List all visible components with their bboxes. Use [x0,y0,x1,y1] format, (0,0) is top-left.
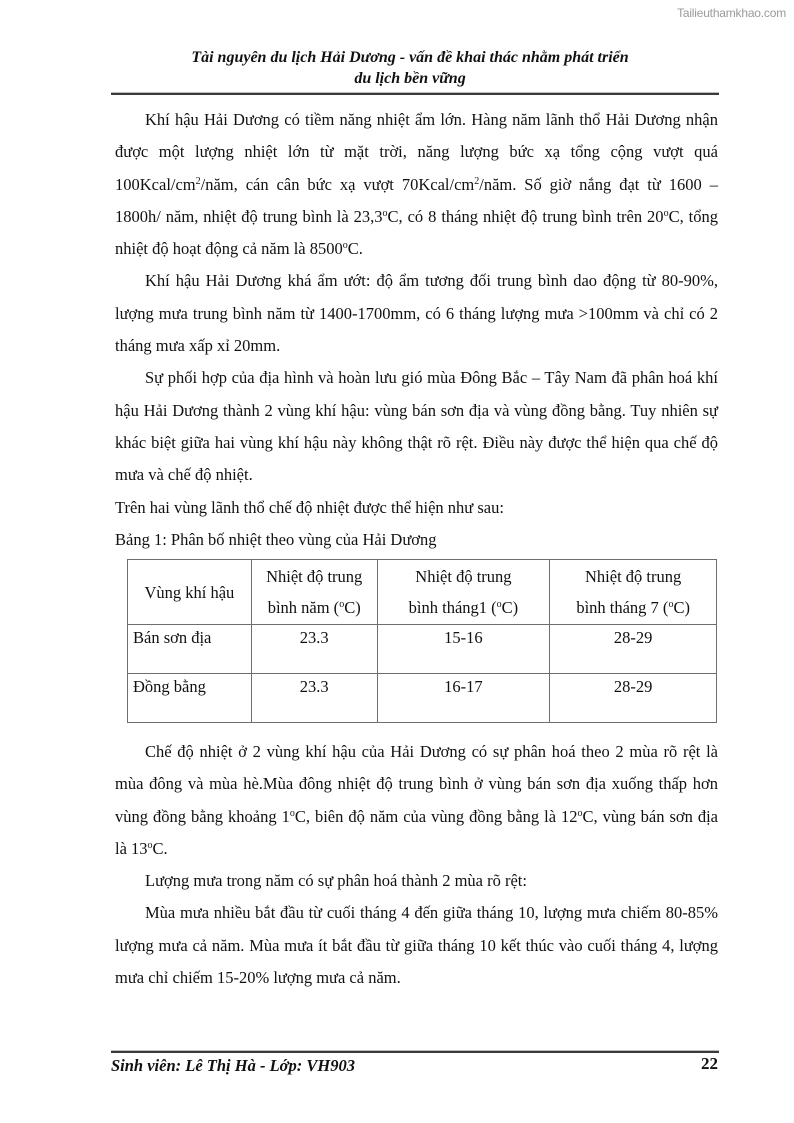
header-text: C) [673,598,690,617]
paragraph-rainfall-intro: Lượng mưa trong năm có sự phân hoá thành… [115,865,718,897]
text-run: C. [348,239,363,258]
body-section-top: Khí hậu Hải Dương có tiềm năng nhiệt ẩm … [115,104,718,556]
footer-author: Sinh viên: Lê Thị Hà - Lớp: VH903 [111,1056,355,1076]
header-text: bình năm ( [268,598,340,617]
header-title-line1: Tài nguyên du lịch Hải Dương - vấn đề kh… [110,47,710,68]
table-cell: 16-17 [377,674,550,723]
table-header-cell: Nhiệt độ trungbình năm (oC) [251,560,377,625]
text-run: /năm, cán cân bức xạ vượt 70Kcal/cm [201,175,475,194]
table-header-cell: Nhiệt độ trungbình tháng 7 (oC) [550,560,717,625]
paragraph-climate-zones: Sự phối hợp của địa hình và hoàn lưu gió… [115,362,718,491]
temperature-table: Vùng khí hậu Nhiệt độ trungbình năm (oC)… [127,559,717,723]
table-cell: 15-16 [377,625,550,674]
table-caption: Bảng 1: Phân bố nhiệt theo vùng của Hải … [115,524,718,556]
paragraph-rainy-season: Mùa mưa nhiều bắt đầu từ cuối tháng 4 đế… [115,897,718,994]
page-number: 22 [701,1054,718,1074]
table-header-cell: Vùng khí hậu [128,560,252,625]
header-text: Nhiệt độ trung [266,567,362,586]
table-cell: 23.3 [251,625,377,674]
table-row: Bán sơn địa 23.3 15-16 28-29 [128,625,717,674]
running-header: Tài nguyên du lịch Hải Dương - vấn đề kh… [110,47,710,89]
header-text: C) [502,598,519,617]
text-run: C. [153,839,168,858]
paragraph-climate-humidity: Khí hậu Hải Dương khá ẩm ướt: độ ẩm tươn… [115,265,718,362]
paragraph-climate-heat: Khí hậu Hải Dương có tiềm năng nhiệt ẩm … [115,104,718,265]
header-title-line2: du lịch bền vững [110,68,710,89]
text-run: C, biên độ năm của vùng đồng bằng là 12 [295,807,578,826]
header-text: bình tháng 7 ( [576,598,668,617]
header-text: Nhiệt độ trung [415,567,511,586]
table-cell: 28-29 [550,625,717,674]
paragraph-seasonal-temperature: Chế độ nhiệt ở 2 vùng khí hậu của Hải Dư… [115,736,718,865]
text-run: C, có 8 tháng nhiệt độ trung bình trên 2… [388,207,664,226]
header-text: bình tháng1 ( [409,598,497,617]
table-header-cell: Nhiệt độ trungbình tháng1 (oC) [377,560,550,625]
table-header-row: Vùng khí hậu Nhiệt độ trungbình năm (oC)… [128,560,717,625]
footer-rule [111,1050,719,1053]
table-cell-region: Đồng bằng [128,674,252,723]
header-rule [111,92,719,95]
watermark: Tailieuthamkhao.com [677,6,786,20]
header-text: Vùng khí hậu [144,583,234,602]
table-row: Đồng bằng 23.3 16-17 28-29 [128,674,717,723]
table-cell: 23.3 [251,674,377,723]
header-text: Nhiệt độ trung [585,567,681,586]
body-section-bottom: Chế độ nhiệt ở 2 vùng khí hậu của Hải Dư… [115,736,718,994]
table-cell: 28-29 [550,674,717,723]
header-text: C) [344,598,361,617]
table-cell-region: Bán sơn địa [128,625,252,674]
paragraph-table-intro: Trên hai vùng lãnh thổ chế độ nhiệt được… [115,492,718,524]
